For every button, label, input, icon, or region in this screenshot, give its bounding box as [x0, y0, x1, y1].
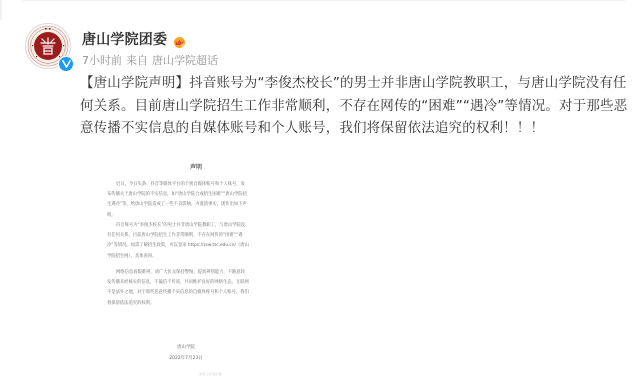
- verified-badge-icon: [58, 56, 74, 72]
- post-time[interactable]: 7小时前: [82, 52, 122, 68]
- image-watermark: @唐山学院团委: [199, 372, 222, 376]
- left-edge-divider: [0, 0, 2, 20]
- vip-crown-icon[interactable]: [173, 33, 186, 45]
- source-link[interactable]: 唐山学院超话: [152, 52, 218, 68]
- statement-title: 声明: [96, 162, 296, 171]
- source-prefix: 来自: [126, 52, 148, 68]
- post-meta: 7小时前 来自 唐山学院超话: [82, 52, 218, 68]
- statement-paragraph: 网络信息真假难辨，请广大民众保持警惕，提高辨别能力，不随意转发传播未经核实的信息…: [107, 268, 249, 309]
- statement-date: 2022年7月23日: [96, 355, 276, 361]
- weibo-post-card: 唐山学院团委 7小时前 来自 唐山学院超话 【唐山学院声明】抖音账号为“李俊杰校…: [0, 0, 641, 387]
- statement-paragraph: 抖音账号为“李俊杰校长”的男士并非唐山学院教职工，与唐山学院没有任何关系。目前唐…: [107, 221, 249, 262]
- post-text: 【唐山学院声明】抖音账号为“李俊杰校长”的男士并非唐山学院教职工，与唐山学院没有…: [80, 72, 628, 140]
- post-image-statement[interactable]: 声明 近日，今日头条、抖音等媒体平台的个别自媒体账号和个人账号，发布传播关于唐山…: [96, 150, 296, 387]
- statement-paragraph: 近日，今日头条、抖音等媒体平台的个别自媒体账号和个人账号，发布传播关于唐山学院的…: [107, 180, 249, 221]
- author-name[interactable]: 唐山学院团委: [82, 29, 167, 49]
- statement-signature: 唐山学院: [96, 344, 276, 350]
- top-divider: [22, 0, 625, 1]
- author-row: 唐山学院团委: [82, 30, 186, 48]
